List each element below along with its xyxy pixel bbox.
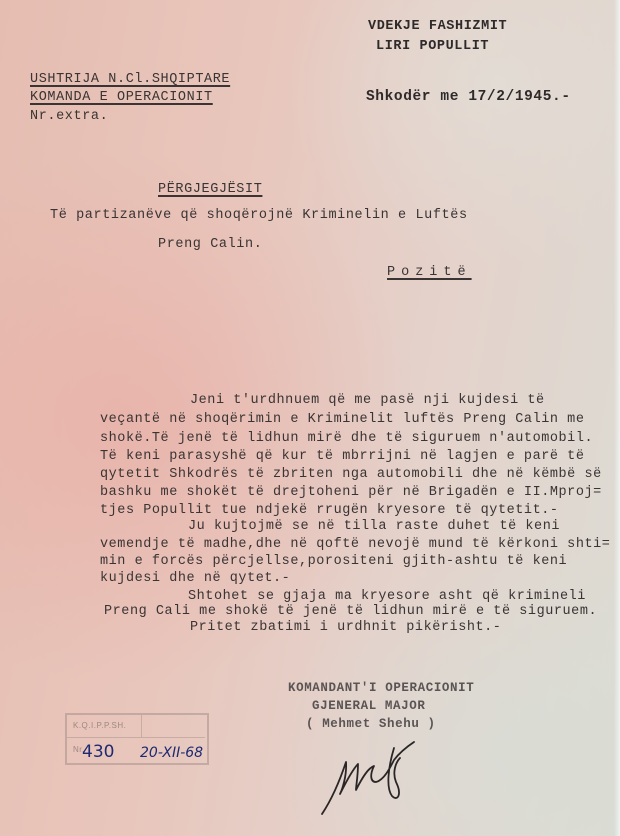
addressee-title: PËRGJEGJËSIT	[158, 183, 262, 197]
body-line: min e forcës përcjellse,porositeni gjith…	[100, 555, 567, 569]
body-line: Të keni parasyshë që kur të mbrrijni në …	[100, 450, 584, 464]
addressee-line-1: Të partizanëve që shoqërojnë Kriminelin …	[50, 209, 468, 223]
body-line: tjes Popullit tue ndjekë rrugën kryesore…	[100, 504, 559, 518]
archive-date: 20-XII-68	[140, 745, 203, 761]
organization-line-2: KOMANDA E OPERACIONIT	[30, 91, 213, 105]
body-line: Jeni t'urdhnuem që me pasë nji kujdesi t…	[190, 394, 545, 408]
signatory-title: KOMANDANT'I OPERACIONIT	[288, 682, 474, 695]
body-line: veçantë në shoqërimin e Kriminelit luftë…	[100, 413, 584, 427]
handwritten-signature-icon	[316, 738, 456, 818]
archive-number: 430	[82, 742, 114, 762]
subject-position: Pozitë	[387, 266, 472, 280]
paper-edge	[614, 0, 620, 836]
signatory-name: ( Mehmet Shehu )	[306, 718, 436, 731]
body-line: Ju kujtojmë se në tilla raste duhet të k…	[188, 520, 560, 534]
addressee-line-2: Preng Calin.	[158, 238, 262, 252]
stamp-cell	[142, 715, 205, 738]
signatory-rank: GJENERAL MAJOR	[312, 700, 425, 713]
place-date: Shkodër me 17/2/1945.-	[366, 90, 571, 105]
body-line: Shtohet se gjaja ma kryesore asht që kri…	[188, 590, 586, 604]
body-line: Preng Cali me shokë të jenë të lidhun mi…	[104, 605, 597, 619]
body-line: qytetit Shkodrës të zbriten nga automobi…	[100, 468, 602, 482]
organization-line-1: USHTRIJA N.Cl.SHQIPTARE	[30, 73, 230, 87]
document-number: Nr.extra.	[30, 110, 108, 124]
body-line: shokë.Të jenë të lidhun mirë dhe të sigu…	[100, 432, 593, 446]
motto-line-2: LIRI POPULLIT	[376, 40, 489, 54]
body-line: bashku me shokët të drejtoheni për në Br…	[100, 486, 602, 500]
body-line: Pritet zbatimi i urdhnit pikërisht.-	[190, 621, 501, 635]
stamp-header-label: K.Q.I.P.P.SH.	[73, 721, 126, 730]
body-line: kujdesi dhe në qytet.-	[100, 572, 290, 586]
body-line: vemendje të madhe,dhe në qoftë nevojë mu…	[100, 538, 610, 552]
motto-line-1: VDEKJE FASHIZMIT	[368, 20, 507, 34]
